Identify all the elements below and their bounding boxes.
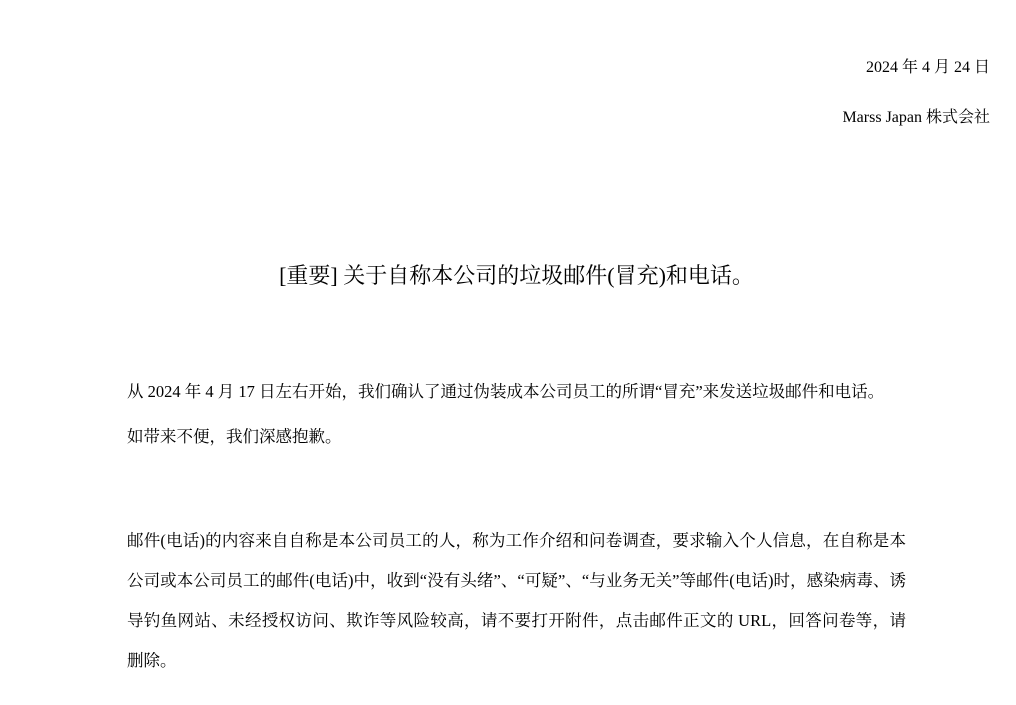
paragraph-risk-details: 邮件(电话)的内容来自自称是本公司员工的人，称为工作介绍和问卷调查，要求输入个人…: [127, 521, 906, 681]
paragraph-spoofing-notice: 从 2024 年 4 月 17 日左右开始，我们确认了通过伪装成本公司员工的所谓…: [127, 372, 906, 412]
company-name: Marss Japan 株式会社: [842, 108, 990, 128]
paragraph-apology: 如带来不便，我们深感抱歉。: [127, 417, 906, 457]
document-title: [重要] 关于自称本公司的垃圾邮件(冒充)和电话。: [127, 261, 906, 291]
document-date: 2024 年 4 月 24 日: [866, 58, 990, 78]
document-page: 2024 年 4 月 24 日 Marss Japan 株式会社 [重要] 关于…: [0, 0, 1016, 705]
